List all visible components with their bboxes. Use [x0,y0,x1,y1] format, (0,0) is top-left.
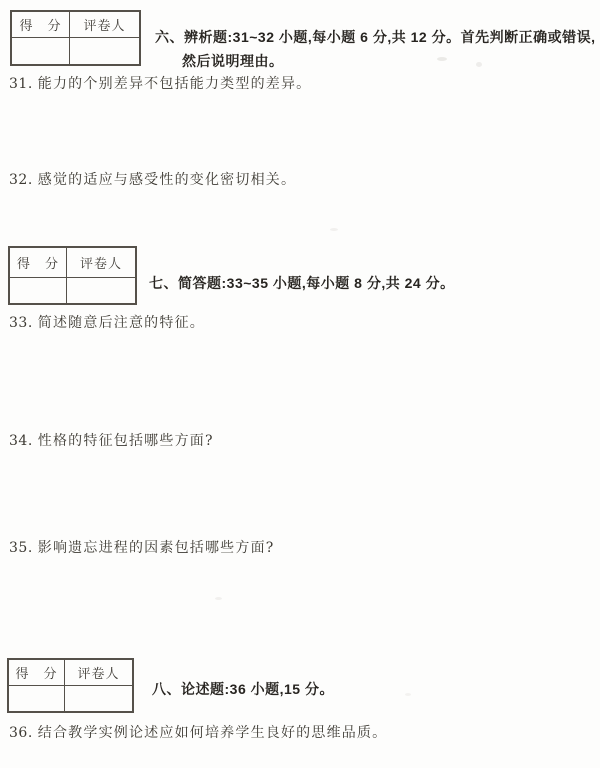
scan-artifact [476,62,482,67]
grader-blank-cell [67,278,135,303]
grader-blank-cell [65,686,132,711]
question-35-text: 影响遗忘进程的因素包括哪些方面? [38,540,275,556]
question-31: 31.能力的个别差异不包括能力类型的差异。 [9,73,311,93]
question-34: 34.性格的特征包括哪些方面? [9,430,214,450]
score-column: 得 分 [12,12,70,64]
question-34-number: 34. [9,433,33,449]
scan-artifact [215,597,222,600]
grader-blank-cell [70,38,139,64]
score-box-section-6: 得 分 评卷人 [10,10,141,66]
scan-artifact [405,693,411,696]
score-label: 得 分 [12,12,69,38]
grader-column: 评卷人 [65,660,132,711]
score-label: 得 分 [9,660,64,686]
grader-column: 评卷人 [70,12,139,64]
score-blank-cell [9,686,64,711]
score-blank-cell [10,278,66,303]
question-35-number: 35. [9,540,33,556]
question-33: 33.简述随意后注意的特征。 [9,312,205,332]
score-column: 得 分 [9,660,65,711]
question-32-number: 32. [9,172,33,188]
exam-page: 得 分 评卷人 六、辨析题:31~32 小题,每小题 6 分,共 12 分。首先… [0,0,600,768]
score-blank-cell [12,38,69,64]
question-31-number: 31. [9,76,33,92]
score-box-section-7: 得 分 评卷人 [8,246,137,305]
question-31-text: 能力的个别差异不包括能力类型的差异。 [38,76,312,92]
question-36-text: 结合教学实例论述应如何培养学生良好的思维品质。 [38,725,388,741]
question-33-number: 33. [9,315,33,331]
section-8-heading: 八、论述题:36 小题,15 分。 [152,679,334,699]
section-6-heading-line1: 六、辨析题:31~32 小题,每小题 6 分,共 12 分。首先判断正确或错误, [155,27,595,47]
scan-artifact [330,228,338,231]
question-35: 35.影响遗忘进程的因素包括哪些方面? [9,537,274,557]
question-32: 32.感觉的适应与感受性的变化密切相关。 [9,169,296,189]
section-6-heading-line2: 然后说明理由。 [182,51,284,71]
score-box-section-8: 得 分 评卷人 [7,658,134,713]
grader-label: 评卷人 [65,660,132,686]
question-36: 36.结合教学实例论述应如何培养学生良好的思维品质。 [9,722,387,742]
grader-label: 评卷人 [70,12,139,38]
question-33-text: 简述随意后注意的特征。 [38,315,205,331]
grader-column: 评卷人 [67,248,135,303]
section-7-heading: 七、简答题:33~35 小题,每小题 8 分,共 24 分。 [149,273,455,293]
question-34-text: 性格的特征包括哪些方面? [38,433,214,449]
question-32-text: 感觉的适应与感受性的变化密切相关。 [38,172,296,188]
score-label: 得 分 [10,248,66,278]
score-column: 得 分 [10,248,67,303]
grader-label: 评卷人 [67,248,135,278]
question-36-number: 36. [9,725,33,741]
scan-artifact [437,57,447,61]
